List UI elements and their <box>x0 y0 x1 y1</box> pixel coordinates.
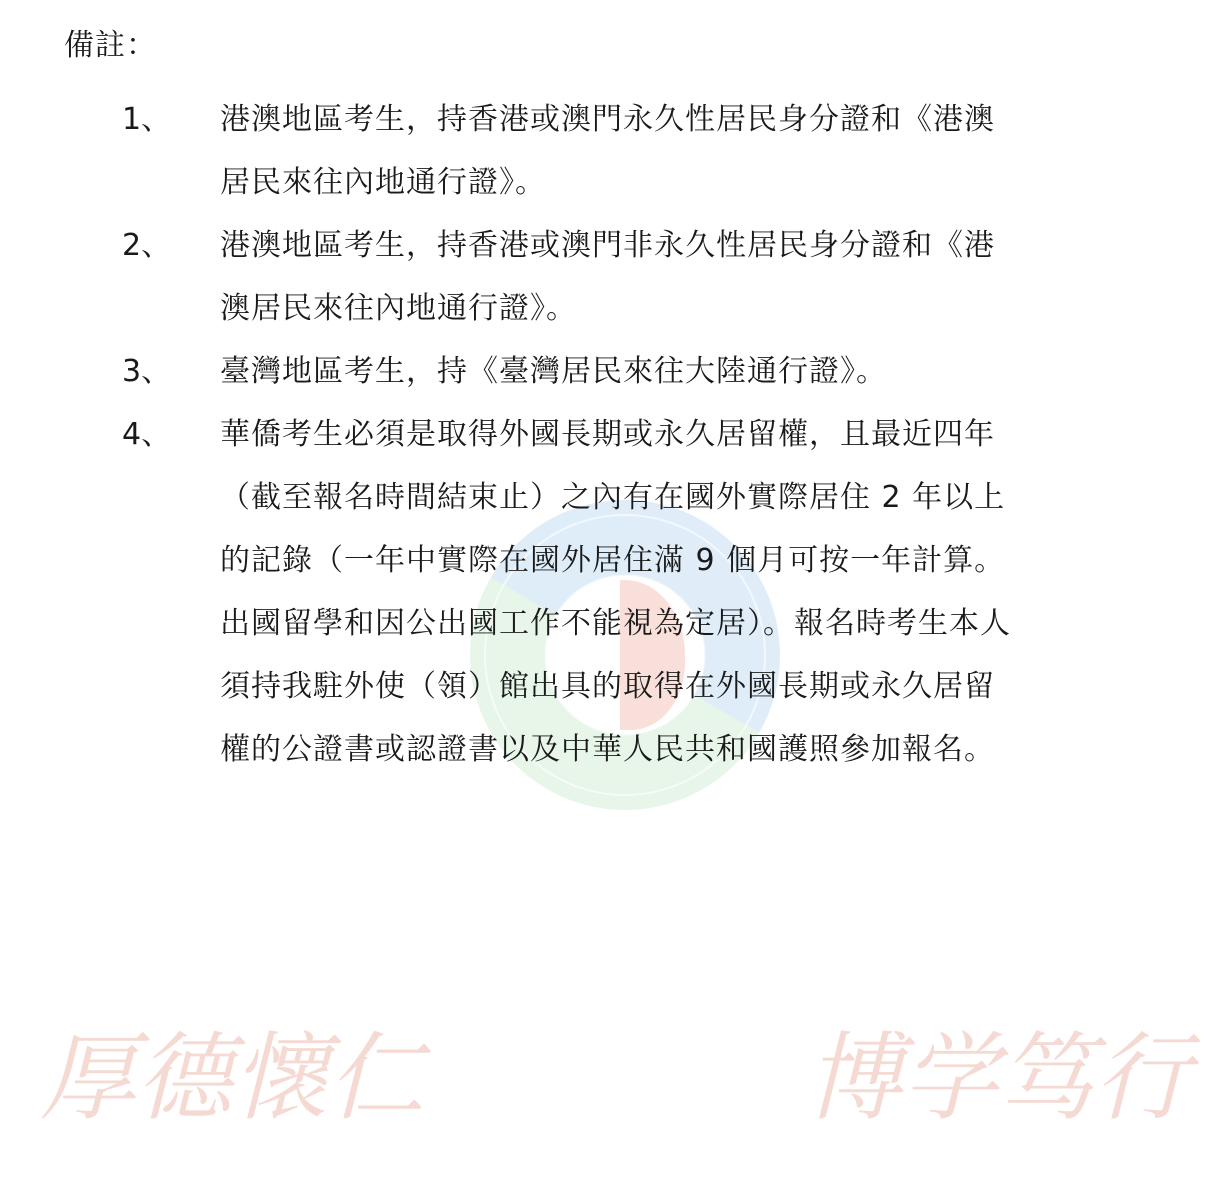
motto-left: 厚德懷仁 <box>40 1002 424 1139</box>
note-text: 華僑考生必須是取得外國長期或永久居留權，且最近四年 （截至報名時間結束止）之內有… <box>220 403 1150 781</box>
note-number: 3、 <box>122 340 171 403</box>
note-number: 1、 <box>122 88 171 151</box>
note-text: 港澳地區考生，持香港或澳門非永久性居民身分證和《港 澳居民來往內地通行證》。 <box>220 214 1150 340</box>
note-item-4: 4、 華僑考生必須是取得外國長期或永久居留權，且最近四年 （截至報名時間結束止）… <box>0 403 1216 781</box>
notes-list: 1、 港澳地區考生，持香港或澳門永久性居民身分證和《港澳 居民來往內地通行證》。… <box>0 88 1216 781</box>
note-number: 2、 <box>122 214 171 277</box>
note-number: 4、 <box>122 403 171 466</box>
motto-right: 博学笃行 <box>806 1002 1190 1139</box>
note-item-2: 2、 港澳地區考生，持香港或澳門非永久性居民身分證和《港 澳居民來往內地通行證》… <box>0 214 1216 340</box>
notes-title: 備註： <box>64 24 157 68</box>
note-text: 臺灣地區考生，持《臺灣居民來往大陸通行證》。 <box>220 340 1150 403</box>
note-item-3: 3、 臺灣地區考生，持《臺灣居民來往大陸通行證》。 <box>0 340 1216 403</box>
note-text: 港澳地區考生，持香港或澳門永久性居民身分證和《港澳 居民來往內地通行證》。 <box>220 88 1150 214</box>
note-item-1: 1、 港澳地區考生，持香港或澳門永久性居民身分證和《港澳 居民來往內地通行證》。 <box>0 88 1216 214</box>
calligraphy-motto-watermark: 厚德懷仁 博学笃行 <box>40 1010 1190 1130</box>
